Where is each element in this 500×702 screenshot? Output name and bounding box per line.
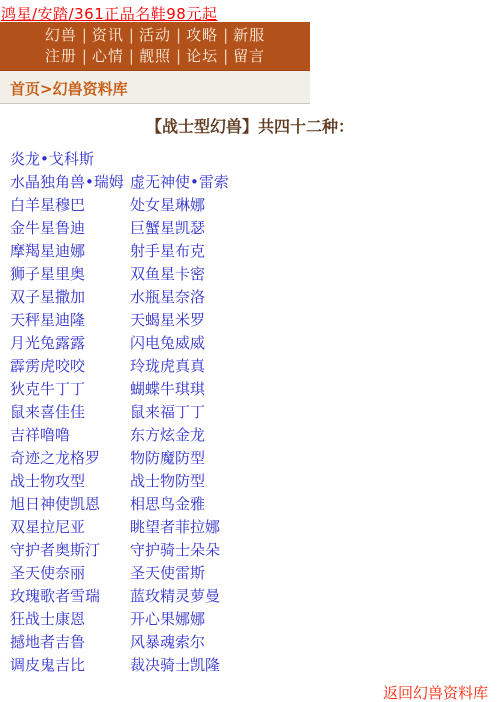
- beast-row: 战士物攻型战士物防型: [10, 470, 500, 493]
- beast-row: 奇迹之龙格罗物防魔防型: [10, 447, 500, 470]
- beast-row: 旭日神使凯恩相思鸟金雅: [10, 493, 500, 516]
- beast-link[interactable]: 玲珑虎真真: [130, 357, 205, 375]
- beast-link[interactable]: 蓝玫精灵萝曼: [130, 587, 220, 605]
- nav-separator: |: [82, 47, 87, 65]
- beast-link[interactable]: 裁决骑士凯隆: [130, 656, 220, 674]
- beast-link[interactable]: 水瓶星奈洛: [130, 288, 205, 306]
- beast-link[interactable]: 守护骑士朵朵: [130, 541, 220, 559]
- beast-row: 水晶独角兽•瑞姆虚无神使•雷索: [10, 171, 500, 194]
- breadcrumb-home-link[interactable]: 首页: [10, 80, 40, 98]
- beast-list: 炎龙•戈科斯水晶独角兽•瑞姆虚无神使•雷索白羊星穆巴处女星琳娜金牛星鲁迪巨蟹星凯…: [10, 148, 500, 677]
- nav-link[interactable]: 资讯: [92, 26, 124, 44]
- main-nav: 幻兽|资讯|活动|攻略|新服 注册|心情|靓照|论坛|留言: [0, 22, 310, 71]
- beast-link[interactable]: 摩羯星迪娜: [10, 240, 130, 263]
- beast-row: 圣天使奈丽圣天使雷斯: [10, 562, 500, 585]
- nav-link[interactable]: 心情: [92, 47, 124, 65]
- beast-link[interactable]: 双子星撒加: [10, 286, 130, 309]
- beast-row: 天秤星迪隆天蝎星米罗: [10, 309, 500, 332]
- beast-link[interactable]: 闪电兔威威: [130, 334, 205, 352]
- beast-link[interactable]: 虚无神使•雷索: [130, 173, 229, 191]
- nav-link[interactable]: 靓照: [139, 47, 171, 65]
- breadcrumb: 首页>幻兽资料库: [0, 71, 310, 104]
- nav-link[interactable]: 留言: [233, 47, 265, 65]
- beast-row: 撼地者吉鲁风暴魂索尔: [10, 631, 500, 654]
- top-ad-row: 鸿星/安踏/361正品名鞋98元起: [0, 0, 500, 22]
- beast-row: 双子星撒加水瓶星奈洛: [10, 286, 500, 309]
- beast-row: 玫瑰歌者雪瑞蓝玫精灵萝曼: [10, 585, 500, 608]
- breadcrumb-current: 幻兽资料库: [53, 80, 128, 98]
- beast-link[interactable]: 水晶独角兽•瑞姆: [10, 171, 130, 194]
- beast-link[interactable]: 射手星布克: [130, 242, 205, 260]
- nav-link[interactable]: 注册: [45, 47, 77, 65]
- beast-row: 摩羯星迪娜射手星布克: [10, 240, 500, 263]
- nav-link[interactable]: 幻兽: [45, 26, 77, 44]
- beast-row: 白羊星穆巴处女星琳娜: [10, 194, 500, 217]
- beast-link[interactable]: 玫瑰歌者雪瑞: [10, 585, 130, 608]
- nav-link[interactable]: 活动: [139, 26, 171, 44]
- nav-separator: |: [176, 26, 181, 44]
- beast-link[interactable]: 炎龙•戈科斯: [10, 148, 130, 171]
- beast-row: 狄克牛丁丁蝴蝶牛琪琪: [10, 378, 500, 401]
- beast-link[interactable]: 旭日神使凯恩: [10, 493, 130, 516]
- beast-link[interactable]: 狄克牛丁丁: [10, 378, 130, 401]
- beast-link[interactable]: 鼠来福丁丁: [130, 403, 205, 421]
- beast-link[interactable]: 狂战士康恩: [10, 608, 130, 631]
- nav-separator: |: [223, 47, 228, 65]
- beast-link[interactable]: 圣天使奈丽: [10, 562, 130, 585]
- nav-separator: |: [129, 47, 134, 65]
- beast-row: 狮子星里奥双鱼星卡密: [10, 263, 500, 286]
- beast-link[interactable]: 天秤星迪隆: [10, 309, 130, 332]
- beast-row: 月光兔露露闪电兔威威: [10, 332, 500, 355]
- ad-link[interactable]: 鸿星/安踏/361正品名鞋98元起: [1, 5, 217, 23]
- beast-row: 吉祥噜噜东方炫金龙: [10, 424, 500, 447]
- nav-separator: |: [82, 26, 87, 44]
- beast-link[interactable]: 蝴蝶牛琪琪: [130, 380, 205, 398]
- beast-link[interactable]: 调皮鬼吉比: [10, 654, 130, 677]
- beast-link[interactable]: 战士物攻型: [10, 470, 130, 493]
- nav-link[interactable]: 论坛: [186, 47, 218, 65]
- beast-link[interactable]: 金牛星鲁迪: [10, 217, 130, 240]
- beast-link[interactable]: 眺望者菲拉娜: [130, 518, 220, 536]
- beast-link[interactable]: 风暴魂索尔: [130, 633, 205, 651]
- nav-link[interactable]: 攻略: [186, 26, 218, 44]
- beast-link[interactable]: 双鱼星卡密: [130, 265, 205, 283]
- beast-link[interactable]: 相思鸟金雅: [130, 495, 205, 513]
- beast-link[interactable]: 鼠来喜佳佳: [10, 401, 130, 424]
- beast-row: 炎龙•戈科斯: [10, 148, 500, 171]
- beast-link[interactable]: 月光兔露露: [10, 332, 130, 355]
- beast-link[interactable]: 狮子星里奥: [10, 263, 130, 286]
- beast-link[interactable]: 开心果娜娜: [130, 610, 205, 628]
- beast-row: 双星拉尼亚眺望者菲拉娜: [10, 516, 500, 539]
- beast-link[interactable]: 奇迹之龙格罗: [10, 447, 130, 470]
- nav-row-2: 注册|心情|靓照|论坛|留言: [0, 46, 310, 67]
- beast-link[interactable]: 双星拉尼亚: [10, 516, 130, 539]
- nav-row-1: 幻兽|资讯|活动|攻略|新服: [0, 25, 310, 46]
- beast-link[interactable]: 东方炫金龙: [130, 426, 205, 444]
- beast-link[interactable]: 物防魔防型: [130, 449, 205, 467]
- back-to-library-link[interactable]: 返回幻兽资料库: [383, 684, 488, 702]
- beast-row: 霹雳虎咬咬玲珑虎真真: [10, 355, 500, 378]
- beast-link[interactable]: 白羊星穆巴: [10, 194, 130, 217]
- beast-link[interactable]: 吉祥噜噜: [10, 424, 130, 447]
- nav-separator: |: [223, 26, 228, 44]
- nav-separator: |: [129, 26, 134, 44]
- nav-separator: |: [176, 47, 181, 65]
- nav-link[interactable]: 新服: [233, 26, 265, 44]
- beast-link[interactable]: 巨蟹星凯瑟: [130, 219, 205, 237]
- beast-link[interactable]: 撼地者吉鲁: [10, 631, 130, 654]
- beast-link[interactable]: 霹雳虎咬咬: [10, 355, 130, 378]
- beast-link[interactable]: 天蝎星米罗: [130, 311, 205, 329]
- beast-row: 鼠来喜佳佳鼠来福丁丁: [10, 401, 500, 424]
- breadcrumb-separator: >: [40, 80, 53, 98]
- beast-row: 守护者奥斯汀守护骑士朵朵: [10, 539, 500, 562]
- beast-link[interactable]: 圣天使雷斯: [130, 564, 205, 582]
- beast-row: 调皮鬼吉比裁决骑士凯隆: [10, 654, 500, 677]
- beast-row: 金牛星鲁迪巨蟹星凯瑟: [10, 217, 500, 240]
- beast-row: 狂战士康恩开心果娜娜: [10, 608, 500, 631]
- footer-row: 返回幻兽资料库: [0, 682, 500, 702]
- beast-link[interactable]: 处女星琳娜: [130, 196, 205, 214]
- beast-link[interactable]: 守护者奥斯汀: [10, 539, 130, 562]
- beast-link[interactable]: 战士物防型: [130, 472, 205, 490]
- page-title: 【战士型幻兽】共四十二种：: [0, 114, 500, 137]
